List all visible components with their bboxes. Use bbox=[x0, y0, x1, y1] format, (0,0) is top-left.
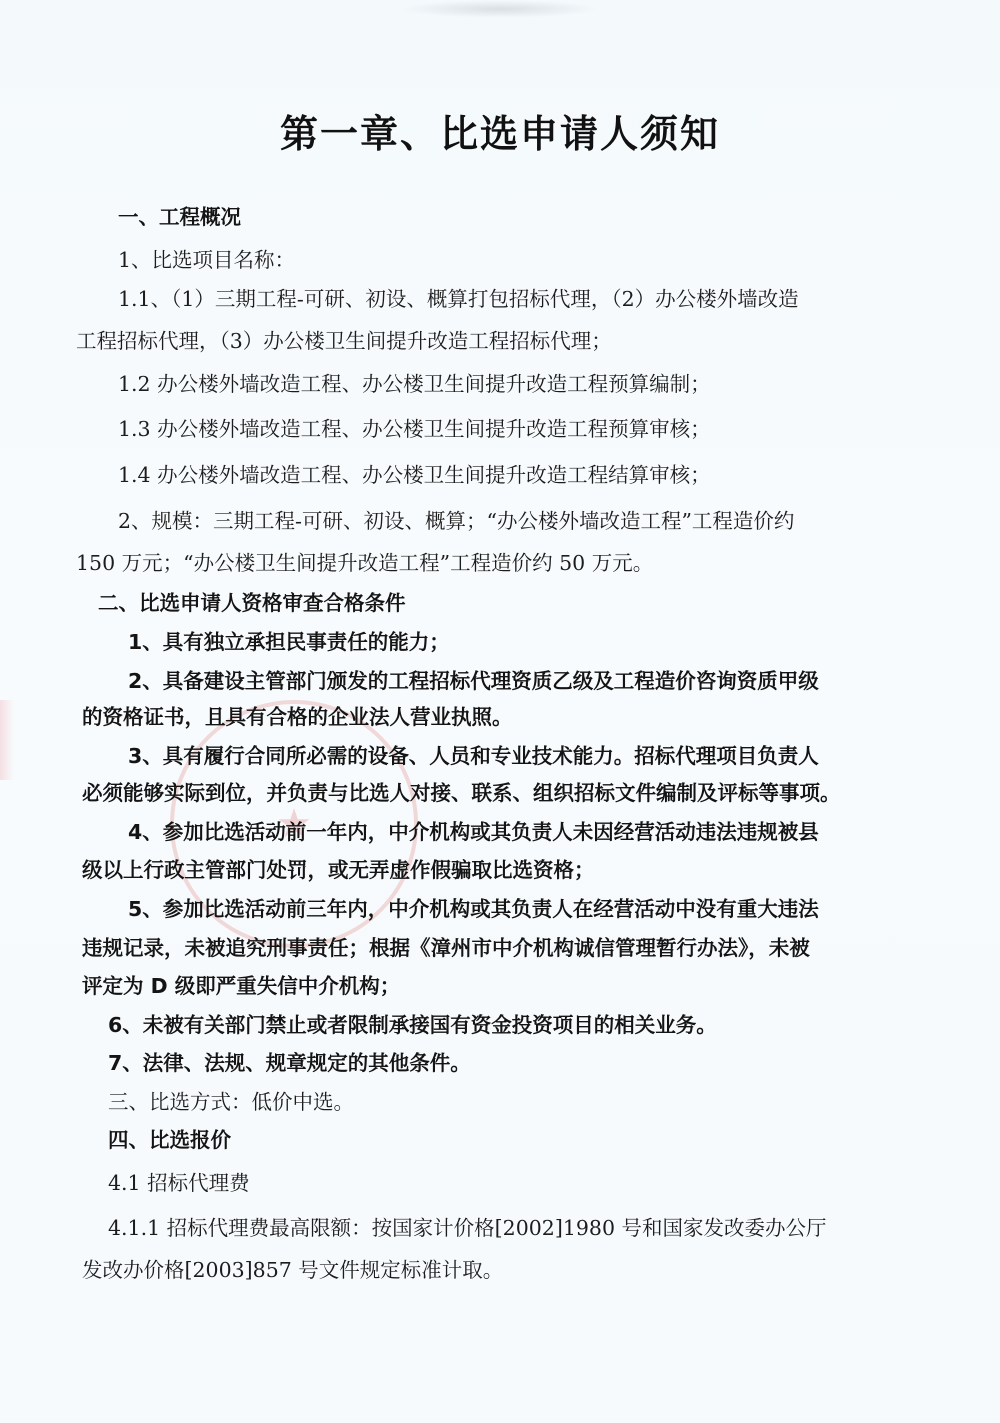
subsection-4-1: 4.1 招标代理费 bbox=[108, 1169, 250, 1197]
condition-7: 7、法律、法规、规章规定的其他条件。 bbox=[108, 1049, 471, 1077]
condition-1: 1、具有独立承担民事责任的能力； bbox=[128, 628, 450, 656]
condition-4-line1: 4、参加比选活动前一年内，中介机构或其负责人未因经营活动违法违规被县 bbox=[128, 818, 819, 846]
section-heading-quotation: 四、比选报价 bbox=[108, 1126, 231, 1154]
item-1-2: 1.2 办公楼外墙改造工程、办公楼卫生间提升改造工程预算编制； bbox=[118, 370, 711, 398]
condition-2-line2: 的资格证书，且具有合格的企业法人营业执照。 bbox=[82, 703, 513, 731]
subsection-4-1-1-line1: 4.1.1 招标代理费最高限额：按国家计价格[2002]1980 号和国家发改委… bbox=[108, 1214, 827, 1242]
item-scale-line2: 150 万元；“办公楼卫生间提升改造工程”工程造价约 50 万元。 bbox=[76, 549, 653, 577]
item-1-1-line1: 1.1、（1）三期工程-可研、初设、概算打包招标代理，（2）办公楼外墙改造 bbox=[118, 285, 799, 313]
section-heading-overview: 一、工程概况 bbox=[118, 203, 241, 231]
subsection-4-1-1-line2: 发改办价格[2003]857 号文件规定标准计取。 bbox=[82, 1256, 503, 1284]
condition-3-line1: 3、具有履行合同所必需的设备、人员和专业技术能力。招标代理项目负责人 bbox=[128, 742, 819, 770]
condition-5-line1: 5、参加比选活动前三年内，中介机构或其负责人在经营活动中没有重大违法 bbox=[128, 895, 819, 923]
chapter-title: 第一章、比选申请人须知 bbox=[0, 103, 1000, 158]
condition-6: 6、未被有关部门禁止或者限制承接国有资金投资项目的相关业务。 bbox=[108, 1011, 717, 1039]
condition-5-line2: 违规记录，未被追究刑事责任；根据《漳州市中介机构诚信管理暂行办法》，未被 bbox=[82, 934, 810, 962]
item-1-4: 1.4 办公楼外墙改造工程、办公楼卫生间提升改造工程结算审核； bbox=[118, 461, 711, 489]
condition-5-line3: 评定为 D 级即严重失信中介机构； bbox=[82, 972, 400, 1000]
section-selection-method: 三、比选方式：低价中选。 bbox=[108, 1088, 354, 1116]
section-heading-qualification: 二、比选申请人资格审查合格条件 bbox=[98, 589, 406, 617]
condition-2-line1: 2、具备建设主管部门颁发的工程招标代理资质乙级及工程造价咨询资质甲级 bbox=[128, 667, 819, 695]
item-1-3: 1.3 办公楼外墙改造工程、办公楼卫生间提升改造工程预算审核； bbox=[118, 415, 711, 443]
item-project-name-label: 1、比选项目名称： bbox=[118, 246, 295, 274]
stamp-edge-mark bbox=[0, 700, 14, 780]
item-1-1-line2: 工程招标代理，（3）办公楼卫生间提升改造工程招标代理； bbox=[76, 327, 612, 355]
condition-3-line2: 必须能够实际到位，并负责与比选人对接、联系、组织招标文件编制及评标等事项。 bbox=[82, 779, 841, 807]
scan-smudge bbox=[400, 0, 600, 18]
item-scale-line1: 2、规模：三期工程-可研、初设、概算；“办公楼外墙改造工程”工程造价约 bbox=[118, 507, 794, 535]
scanned-page: ★ 第一章、比选申请人须知 一、工程概况 1、比选项目名称： 1.1、（1）三期… bbox=[0, 0, 1000, 1423]
condition-4-line2: 级以上行政主管部门处罚，或无弄虚作假骗取比选资格； bbox=[82, 856, 595, 884]
